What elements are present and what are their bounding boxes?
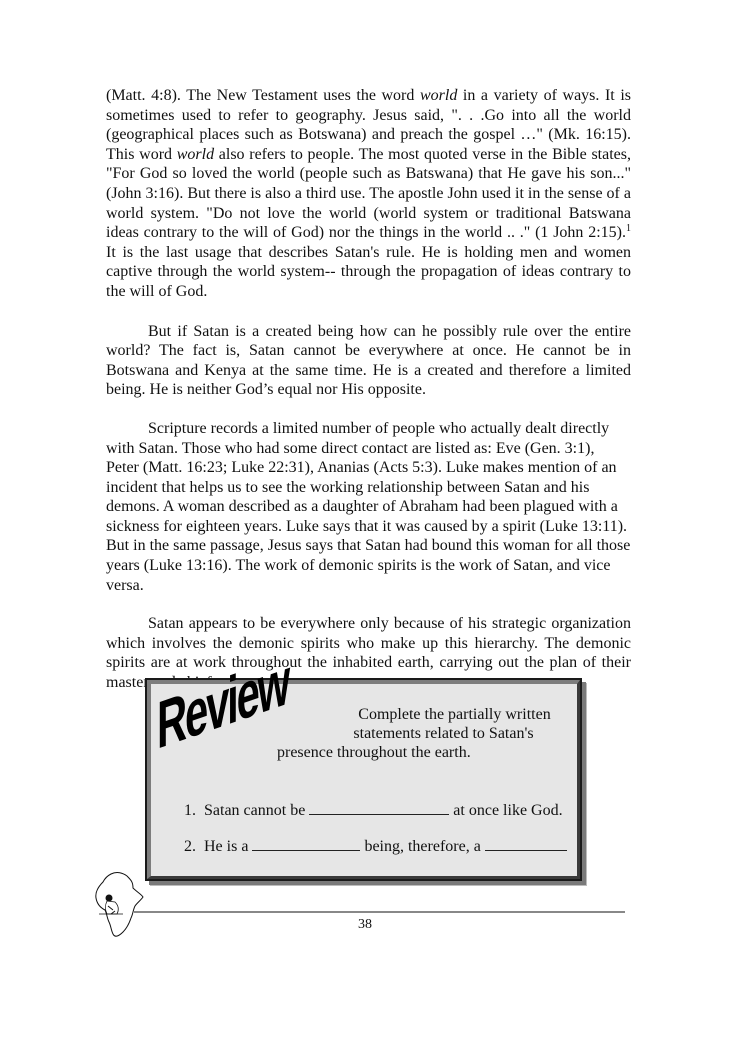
answer-blank[interactable] bbox=[252, 836, 360, 851]
paragraph-world-usage: (Matt. 4:8). The New Testament uses the … bbox=[106, 86, 631, 302]
review-box: Review Complete the partially written st… bbox=[145, 678, 582, 881]
answer-blank[interactable] bbox=[485, 836, 567, 851]
page-number: 38 bbox=[358, 917, 372, 933]
document-body: (Matt. 4:8). The New Testament uses the … bbox=[106, 86, 631, 712]
question-text-middle: being, therefore, a bbox=[360, 838, 484, 855]
footer-rule bbox=[134, 911, 625, 913]
footnote-reference[interactable]: 1 bbox=[626, 223, 631, 234]
question-number: 2. bbox=[184, 838, 196, 855]
instruction-line: presence throughout the earth. bbox=[277, 743, 562, 762]
review-question-1: 1. Satan cannot be at once like God. bbox=[184, 800, 567, 820]
instruction-line: statements related to Satan's bbox=[317, 724, 562, 743]
italic-word: world bbox=[177, 146, 214, 163]
review-question-2: 2. He is a being, therefore, a bbox=[184, 836, 567, 856]
paragraph-created-being: But if Satan is a created being how can … bbox=[106, 322, 631, 400]
review-question-list: 1. Satan cannot be at once like God. 2. … bbox=[184, 800, 567, 872]
instruction-line: Complete the partially written bbox=[317, 705, 562, 724]
paragraph-scripture-records: Scripture records a limited number of pe… bbox=[106, 419, 631, 595]
italic-word: world bbox=[420, 87, 457, 104]
text-segment: It is the last usage that describes Sata… bbox=[106, 244, 631, 300]
question-text-before: Satan cannot be bbox=[204, 802, 309, 819]
question-text-after: at once like God. bbox=[449, 802, 562, 819]
africa-map-icon bbox=[93, 870, 155, 940]
question-number: 1. bbox=[184, 802, 196, 819]
answer-blank[interactable] bbox=[309, 800, 449, 815]
text-segment: (Matt. 4:8). The New Testament uses the … bbox=[106, 87, 420, 104]
review-instructions: Complete the partially written statement… bbox=[317, 705, 562, 762]
question-text-before: He is a bbox=[204, 838, 252, 855]
